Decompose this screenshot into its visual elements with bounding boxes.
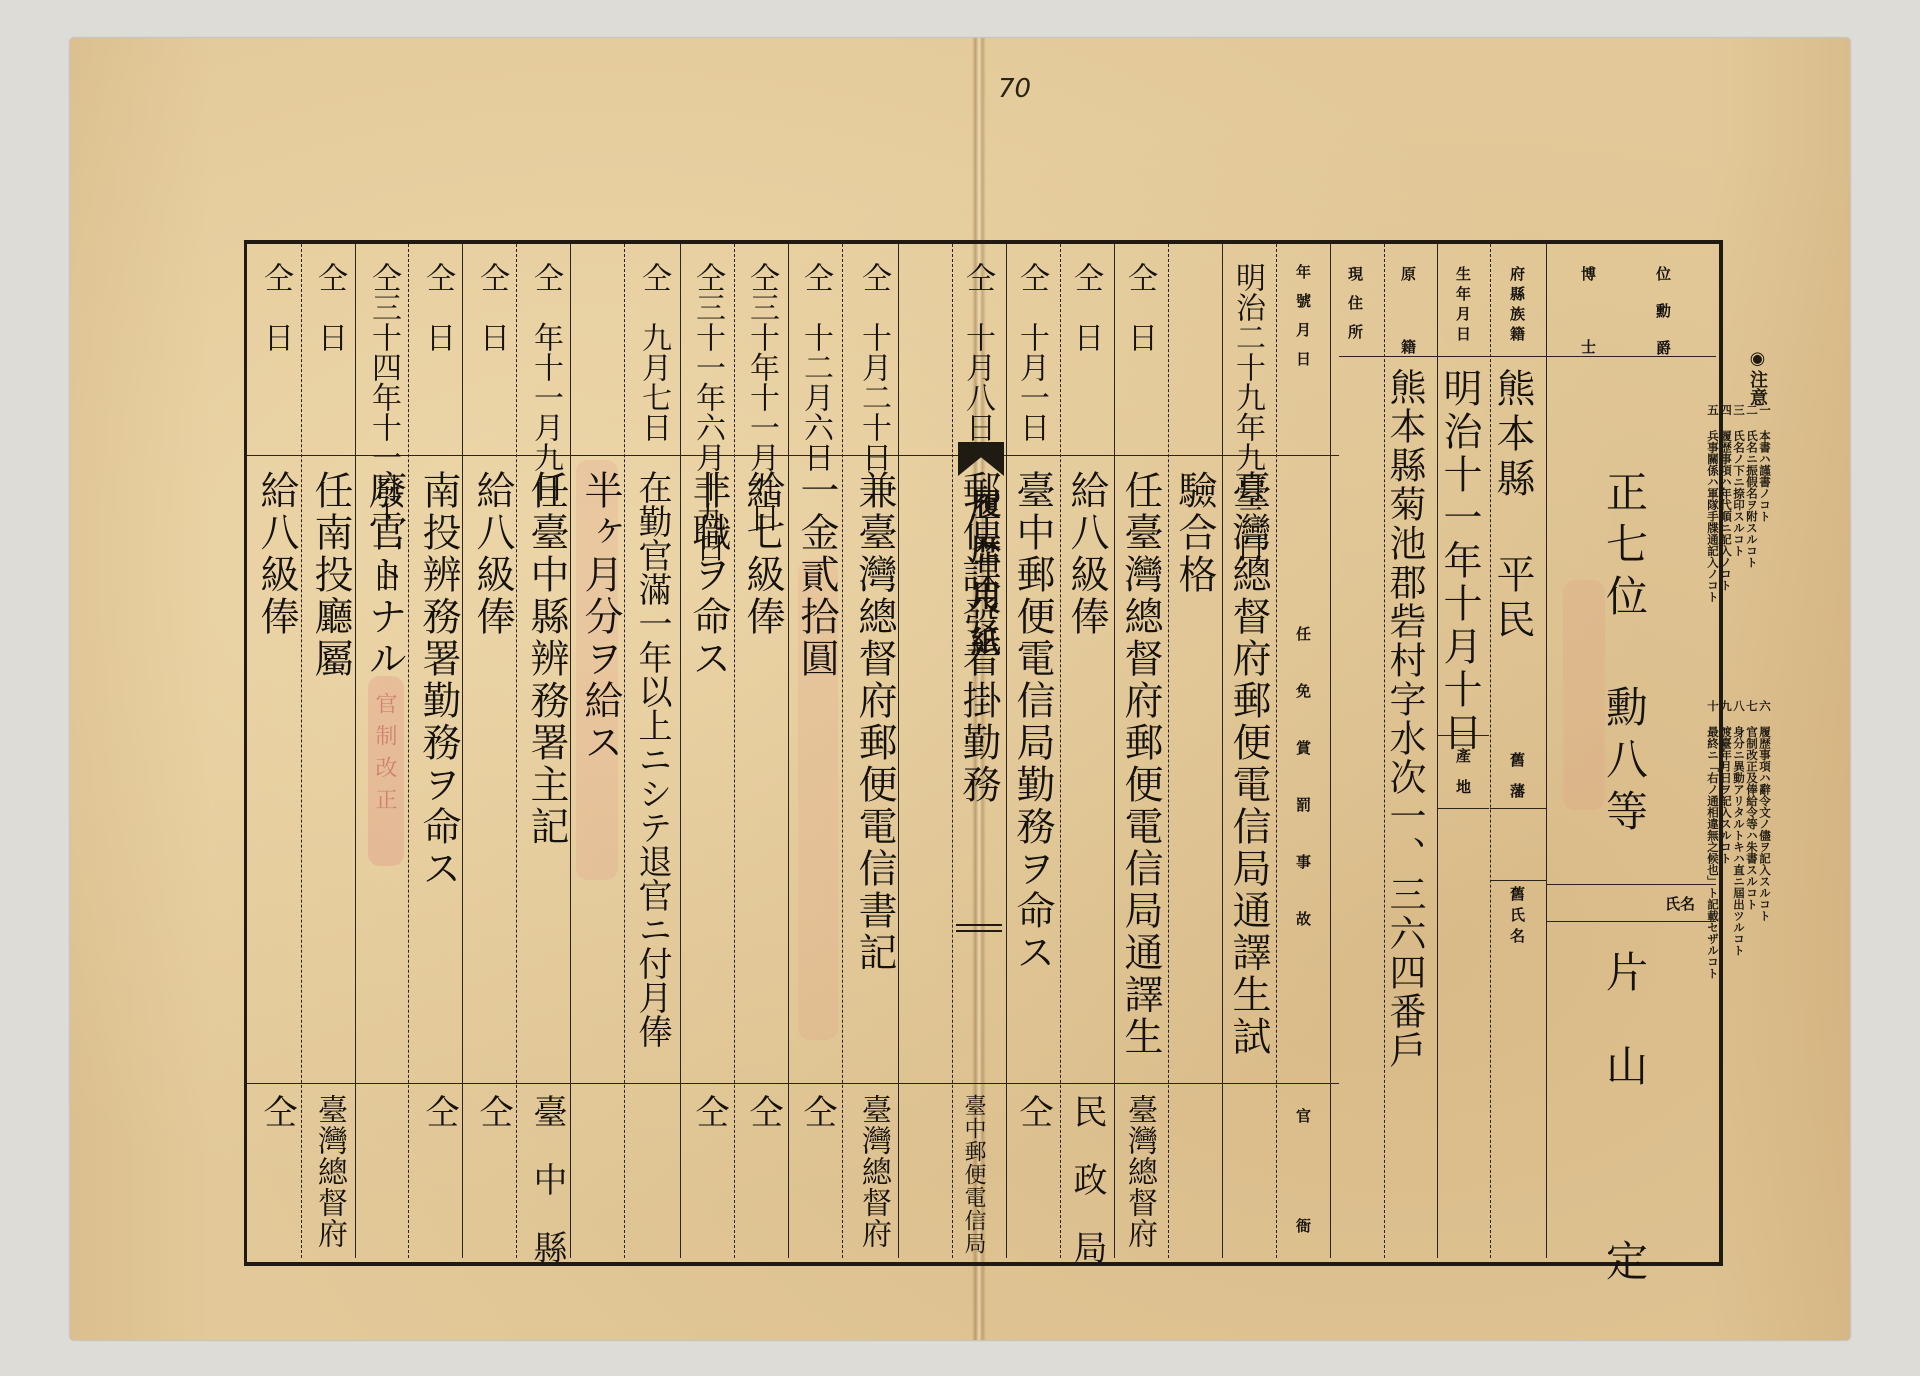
entry-event: 南投辨務署勤務ヲ命ス xyxy=(419,470,458,890)
entry-office: 仝 xyxy=(260,1094,294,1162)
entry-event: 臺灣總督府郵便電信局通譯生試 xyxy=(1229,470,1268,1058)
column-divider xyxy=(516,244,517,1258)
name-value: 片山 定 xyxy=(1603,950,1645,1333)
entry-event: 在勤官滿一年以上ニシテ退官ニ付月俸 xyxy=(635,470,669,1048)
entry-date: 仝 日 xyxy=(260,262,290,452)
entry-event: 給八級俸 xyxy=(473,470,512,638)
notice-item-text: 履歴事項ハ辭令文ノ儘ヲ記入スルコト xyxy=(1758,726,1771,922)
entry-office: 臺中郵便電信局 xyxy=(962,1094,984,1255)
domicile-value: 熊本縣 平民 xyxy=(1493,368,1532,644)
entry-office: 臺中縣 xyxy=(530,1094,564,1298)
column-divider xyxy=(1114,244,1115,1258)
entry-event: 任南投廳屬 xyxy=(311,470,350,680)
entry-event: 郵便課發着掛勤務 xyxy=(959,470,998,806)
rank-label: 位勳爵 xyxy=(1655,266,1670,377)
column-divider xyxy=(1330,244,1331,1258)
entry-office: 仝 xyxy=(422,1094,456,1162)
column-divider xyxy=(1060,244,1061,1258)
rank-label-rule xyxy=(1546,356,1716,357)
notice-item-number: 五 xyxy=(1706,404,1719,416)
entry-office: 仝 xyxy=(476,1094,510,1162)
column-divider xyxy=(734,244,735,1258)
notice-item-number: 三 xyxy=(1732,404,1745,416)
rank-value: 正七位 勳八等 xyxy=(1603,470,1645,841)
entry-event: 廢官トナル xyxy=(365,470,404,680)
seal-stamp xyxy=(1563,580,1605,810)
entry-office: 仝 xyxy=(746,1094,780,1162)
entry-event: 給八級俸 xyxy=(257,470,296,638)
column-divider xyxy=(680,244,681,1258)
entry-date: 仝 十月八日 xyxy=(962,262,992,452)
date-column-header: 年號月日 xyxy=(1295,264,1310,380)
column-divider xyxy=(1546,244,1547,1258)
entry-date: 仝 日 xyxy=(1124,262,1154,452)
entry-date: 仝 日 xyxy=(1070,262,1100,452)
entry-date: 仝 十月二十日 xyxy=(858,262,888,452)
column-divider xyxy=(1276,244,1277,1258)
column-divider xyxy=(1168,244,1169,1258)
column-divider xyxy=(301,244,302,1258)
entry-event: 給七級俸 xyxy=(743,470,782,638)
entry-event: 半ヶ月分ヲ給ス xyxy=(581,470,620,764)
header-label-rule xyxy=(1339,356,1546,357)
old-domain-label: 舊藩 xyxy=(1509,752,1524,814)
notice-item-text: 履歴事項ハ年代順ニ記入ノコト xyxy=(1719,430,1732,591)
page-number-annotation: 70 xyxy=(998,74,1031,104)
registry-value: 熊本縣菊池郡砦村字水次一、三六四番戶 xyxy=(1386,368,1423,1070)
notice-item-number: 一 xyxy=(1758,404,1771,416)
entry-date: 仝 日 xyxy=(422,262,452,452)
notice-item-text: 渡臺年月日ヲ記入スルコト xyxy=(1719,726,1732,864)
column-divider xyxy=(408,244,409,1258)
notice-item-text: 身分ニ異動アリタルトキハ直ニ屆出ツルコト xyxy=(1732,726,1745,956)
birthplace-label: 產地 xyxy=(1455,748,1470,810)
entry-date: 仝 九月七日 xyxy=(638,262,668,452)
entry-event: 臺中郵便電信局勤務ヲ命ス xyxy=(1013,470,1052,974)
birth-date-label: 生年月日 xyxy=(1455,266,1470,346)
entry-office: 仝 xyxy=(800,1094,834,1162)
entry-event: 給八級俸 xyxy=(1067,470,1106,638)
entry-event: 一金貳拾圓 xyxy=(797,470,836,680)
entry-date: 仝 日 xyxy=(476,262,506,452)
entry-date: 仝三十年十一月九日 xyxy=(746,262,776,452)
column-divider xyxy=(1222,244,1223,1258)
entry-office: 臺灣總督府 xyxy=(1124,1094,1154,1249)
entry-office: 仝 xyxy=(1016,1094,1050,1162)
column-divider xyxy=(570,244,571,1258)
birth-date-value: 明治十一年十月十日 xyxy=(1440,368,1479,755)
notice-item-number: 九 xyxy=(1719,700,1732,712)
column-divider xyxy=(1006,244,1007,1258)
stamp-text: 官制改正 xyxy=(373,692,395,820)
notice-item-number: 四 xyxy=(1719,404,1732,416)
entry-office: 民政局 xyxy=(1070,1094,1104,1298)
notice-item-number: 七 xyxy=(1745,700,1758,712)
notice-item-text: 氏名ニ振假名ヲ附スルコト xyxy=(1745,430,1758,568)
entry-date: 仝 十二月六日 xyxy=(800,262,830,452)
column-divider xyxy=(842,244,843,1258)
entry-office: 仝 xyxy=(692,1094,726,1162)
notice-item-text: 本書ハ謹書ノコト xyxy=(1758,430,1771,522)
column-divider xyxy=(355,244,356,1258)
notice-item-number: 二 xyxy=(1745,404,1758,416)
column-divider xyxy=(952,244,953,1258)
office-column-header: 官衙 xyxy=(1295,1108,1310,1328)
address-label: 現住所 xyxy=(1347,266,1362,353)
column-divider xyxy=(624,244,625,1258)
notice-item-text: 氏名ノ下ニ捺印スルコト xyxy=(1732,430,1745,557)
notice-item-text: 兵事關係ハ軍隊手牒通記入ノコト xyxy=(1706,430,1719,603)
old-name-rule xyxy=(1490,880,1546,881)
notice-marker-icon: ◉ xyxy=(1748,348,1766,369)
entry-date: 仝 日 xyxy=(314,262,344,452)
notice-item-text: 最終ニ「右ノ通相違無之候也」ト記載セザルコト xyxy=(1706,726,1719,979)
entry-event: 兼臺灣總督府郵便電信書記 xyxy=(855,470,894,974)
column-divider xyxy=(462,244,463,1258)
name-label: 氏名 xyxy=(1585,893,1695,914)
entry-event: 任臺中縣辨務署主記 xyxy=(527,470,566,848)
title-double-rule xyxy=(956,924,1002,926)
entry-event: 任臺灣總督府郵便電信局通譯生 xyxy=(1121,470,1160,1058)
entry-office: 臺灣總督府 xyxy=(858,1094,888,1249)
event-column-header: 任免賞罰事故 xyxy=(1295,626,1310,968)
notice-item-number: 八 xyxy=(1732,700,1745,712)
entry-event: 非職ヲ命ス xyxy=(689,470,728,680)
entry-office: 臺灣總督府 xyxy=(314,1094,344,1249)
column-divider xyxy=(898,244,899,1258)
entry-date: 仝三十四年十一月十一日 xyxy=(368,262,398,452)
notice-item-number: 六 xyxy=(1758,700,1771,712)
entry-date: 仝三十一年六月十九日 xyxy=(692,262,722,452)
office-row-rule xyxy=(247,1083,1339,1084)
name-label-rule-bottom xyxy=(1546,921,1716,922)
old-name-label: 舊氏名 xyxy=(1509,886,1524,949)
notice-heading: 注意 xyxy=(1748,370,1766,406)
entry-event: 驗合格 xyxy=(1175,470,1214,596)
column-divider xyxy=(788,244,789,1258)
entry-date: 仝 年十一月九日 xyxy=(530,262,560,452)
entry-date: 明治二十九年九月二日 xyxy=(1232,262,1262,452)
notice-item-number: 十 xyxy=(1706,700,1719,712)
degree-label: 博士 xyxy=(1580,266,1595,412)
name-label-rule-top xyxy=(1546,884,1716,885)
domicile-label: 府縣族籍 xyxy=(1509,266,1524,346)
date-row-rule xyxy=(247,455,1339,456)
entry-date: 仝 十月一日 xyxy=(1016,262,1046,452)
notice-item-text: 官制改正及俸給令等ハ朱書スルコト xyxy=(1745,726,1758,910)
title-double-rule xyxy=(956,930,1002,932)
